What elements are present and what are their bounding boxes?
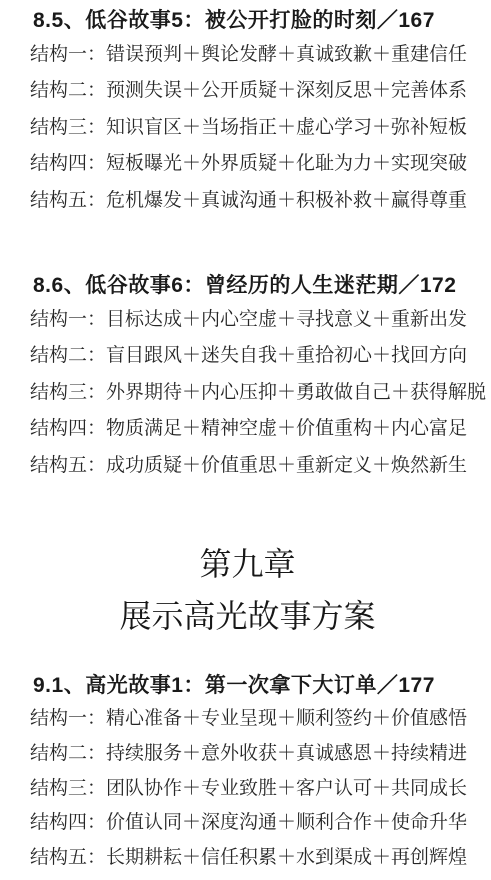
structure-line: 结构一：错误预判＋舆论发酵＋真诚致歉＋重建信任 (30, 37, 465, 73)
section-heading: 8.6、低谷故事6：曾经历的人生迷茫期／172 (30, 269, 465, 302)
section-8-6: 8.6、低谷故事6：曾经历的人生迷茫期／172 结构一：目标达成＋内心空虚＋寻找… (30, 269, 465, 484)
structure-line: 结构五：危机爆发＋真诚沟通＋积极补救＋赢得尊重 (30, 183, 465, 219)
section-heading: 8.5、低谷故事5：被公开打脸的时刻／167 (30, 4, 465, 37)
chapter-title: 展示高光故事方案 (30, 590, 465, 642)
document-page: 8.5、低谷故事5：被公开打脸的时刻／167 结构一：错误预判＋舆论发酵＋真诚致… (0, 0, 491, 880)
chapter-heading: 第九章 展示高光故事方案 (30, 538, 465, 642)
structure-line: 结构四：价值认同＋深度沟通＋顺利合作＋使命升华 (30, 806, 465, 841)
structure-line: 结构三：团队协作＋专业致胜＋客户认可＋共同成长 (30, 772, 465, 807)
structure-line: 结构五：成功质疑＋价值重思＋重新定义＋焕然新生 (30, 448, 465, 484)
structure-line: 结构三：外界期待＋内心压抑＋勇敢做自己＋获得解脱 (30, 375, 465, 411)
structure-line: 结构一：目标达成＋内心空虚＋寻找意义＋重新出发 (30, 302, 465, 338)
section-9-1: 9.1、高光故事1：第一次拿下大订单／177 结构一：精心准备＋专业呈现＋顺利签… (30, 669, 465, 876)
section-heading: 9.1、高光故事1：第一次拿下大订单／177 (30, 669, 465, 702)
structure-line: 结构二：持续服务＋意外收获＋真诚感恩＋持续精进 (30, 737, 465, 772)
structure-line: 结构四：短板曝光＋外界质疑＋化耻为力＋实现突破 (30, 146, 465, 182)
structure-line: 结构二：预测失误＋公开质疑＋深刻反思＋完善体系 (30, 73, 465, 109)
section-8-5: 8.5、低谷故事5：被公开打脸的时刻／167 结构一：错误预判＋舆论发酵＋真诚致… (30, 4, 465, 219)
structure-line: 结构五：长期耕耘＋信任积累＋水到渠成＋再创辉煌 (30, 841, 465, 876)
structure-line: 结构二：盲目跟风＋迷失自我＋重拾初心＋找回方向 (30, 338, 465, 374)
structure-line: 结构三：知识盲区＋当场指正＋虚心学习＋弥补短板 (30, 110, 465, 146)
structure-line: 结构四：物质满足＋精神空虚＋价值重构＋内心富足 (30, 411, 465, 447)
chapter-number: 第九章 (30, 538, 465, 590)
structure-line: 结构一：精心准备＋专业呈现＋顺利签约＋价值感悟 (30, 702, 465, 737)
